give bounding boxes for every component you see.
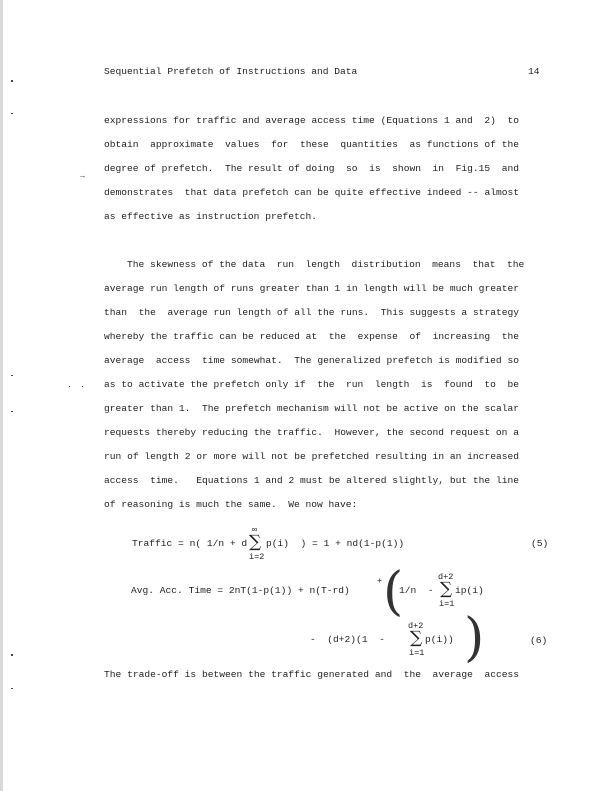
paragraph-line: expressions for traffic and average acce…	[104, 115, 519, 127]
paragraph-line: average access time somewhat. The genera…	[104, 355, 519, 367]
margin-dot	[11, 375, 13, 376]
sigma-icon: ∑	[249, 534, 261, 551]
equation-6-superscript: +	[377, 576, 382, 586]
equation-number: (5)	[531, 538, 548, 550]
paragraph-line: The skewness of the data run length dist…	[104, 259, 519, 271]
sigma-icon: ∑	[410, 630, 422, 647]
paragraph-line: access time. Equations 1 and 2 must be a…	[104, 475, 519, 487]
paragraph-line: obtain approximate values for these quan…	[104, 139, 519, 151]
running-header-title: Sequential Prefetch of Instructions and …	[104, 66, 357, 77]
paragraph-line: than the average run length of all the r…	[104, 307, 519, 319]
paragraph-line: run of length 2 or more will not be pref…	[104, 451, 519, 463]
margin-dot	[11, 688, 13, 689]
margin-dot	[11, 654, 13, 656]
equation-number: (6)	[530, 635, 547, 647]
equation-6-sum2-term: p(i))	[425, 634, 454, 646]
scan-edge	[0, 0, 3, 791]
margin-dot	[11, 411, 13, 412]
equation-6-sum2-lower: i=1	[409, 648, 424, 658]
margin-dot	[69, 386, 70, 387]
paragraph-line: whereby the traffic can be reduced at th…	[104, 331, 519, 343]
paragraph-line: average run length of runs greater than …	[104, 283, 519, 295]
paragraph-line: as to activate the prefetch only if the …	[104, 379, 519, 391]
equation-6-lhs: Avg. Acc. Time = 2nT(1-p(1)) + n(T-rd)	[131, 585, 350, 597]
margin-dot	[82, 386, 83, 387]
paragraph-line: The trade-off is between the traffic gen…	[104, 669, 519, 681]
equation-6-sum1-lower: i=1	[439, 599, 454, 609]
paragraph-line: of reasoning is much the same. We now ha…	[104, 499, 519, 511]
large-right-paren: )	[464, 612, 484, 664]
paragraph-line: demonstrates that data prefetch can be q…	[104, 187, 519, 199]
sigma-icon: ∑	[440, 581, 452, 598]
equation-5-rhs: p(i) ) = 1 + nd(1-p(1))	[266, 538, 404, 550]
margin-dot	[11, 113, 13, 114]
equation-5-lhs: Traffic = n( 1/n + d	[132, 538, 247, 550]
paragraph-line: as effective as instruction prefetch.	[104, 211, 519, 223]
margin-dot	[11, 80, 13, 82]
equation-6-sum1-term: ip(i)	[455, 585, 484, 597]
margin-arrow-icon: →	[80, 172, 85, 181]
paragraph-line: requests thereby reducing the traffic. H…	[104, 427, 519, 439]
paragraph-line: degree of prefetch. The result of doing …	[104, 163, 519, 175]
equation-5-sum-lower: i=2	[249, 552, 264, 562]
equation-6-line2: - (d+2)(1 -	[310, 634, 385, 646]
equation-6-inner: 1/n -	[399, 585, 434, 597]
paragraph-line: greater than 1. The prefetch mechanism w…	[104, 403, 519, 415]
page-number: 14	[528, 66, 540, 77]
